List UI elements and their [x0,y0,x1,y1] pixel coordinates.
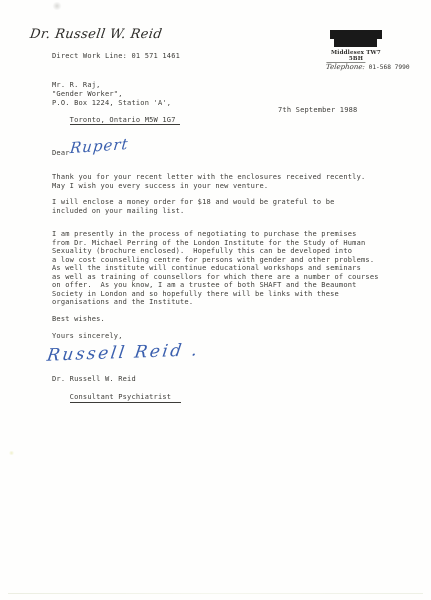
letterhead-postcode: Middlesex TW7 5BH [326,50,386,62]
salutation-typed: Dear [52,149,70,158]
handwritten-signature: Russell Reid . [46,340,201,365]
salutation-handwritten-name: Rupert [69,135,129,157]
scan-artifact-smudge [52,2,62,10]
letterhead-name: Dr. Russell W. Reid [29,27,163,42]
redacted-address-block-lower [334,38,377,47]
recipient-line-2: "Gender Worker", [52,90,123,99]
telephone-number: 01-568 7990 [365,64,410,71]
signer-title-underlined: Consultant Psychiatrist [70,393,182,404]
scan-artifact-bottom-edge [8,593,423,594]
recipient-line-1: Mr. R. Raj, [52,81,101,90]
recipient-line-4: Toronto, Ontario M5W 1G7 [52,107,180,134]
paragraph-1: Thank you for your recent letter with th… [52,173,372,190]
best-wishes: Best wishes. [52,315,105,324]
recipient-city-underlined: Toronto, Ontario M5W 1G7 [70,116,180,126]
signer-name: Dr. Russell W. Reid [52,375,136,384]
paragraph-2: I will enclose a money order for $18 and… [52,198,372,215]
scan-artifact-mark [9,451,14,455]
letter-date: 7th September 1988 [278,106,357,115]
direct-work-line: Direct Work Line: 01 571 1461 [52,52,180,61]
telephone-label: Telephone: [326,62,366,71]
signer-title: Consultant Psychiatrist [52,384,181,412]
letterhead-telephone: Telephone: 01-568 7990 [326,62,410,72]
letter-page: Dr. Russell W. Reid Direct Work Line: 01… [0,0,431,600]
yours-sincerely: Yours sincerely, [52,332,123,341]
paragraph-3: I am presently in the process of negotia… [52,230,382,307]
